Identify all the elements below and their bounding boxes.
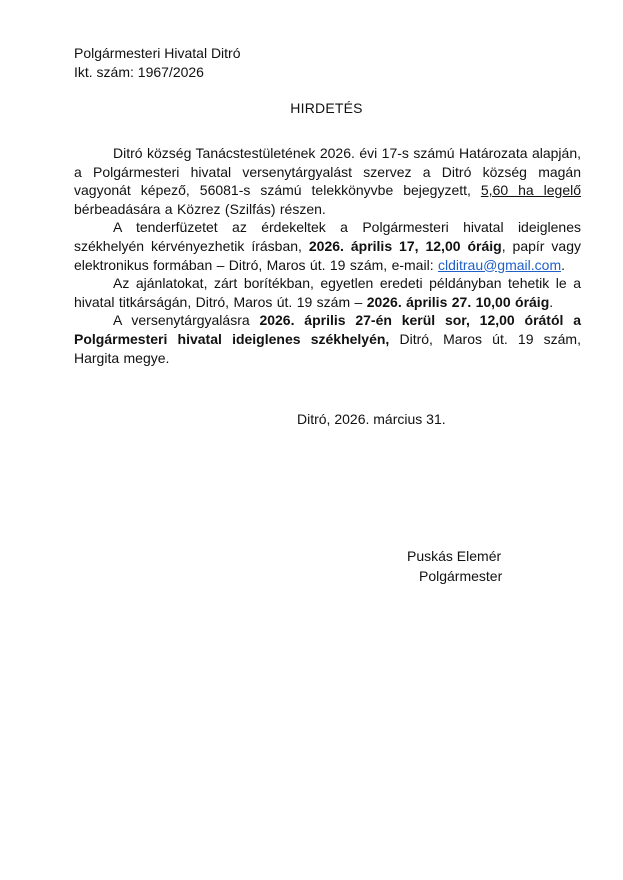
announcement-body: Ditró község Tanácstestületének 2026. év… [74,144,581,367]
office-name: Polgármesteri Hivatal Ditró [74,44,241,63]
paragraph-text: bérbeadására a Közrez (Szilfás) részen. [74,201,326,217]
paragraph-auction: A versenytárgyalásra 2026. április 27-én… [74,311,581,367]
paragraph-tender-booklet: A tenderfüzetet az érdekeltek a Polgárme… [74,218,581,274]
paragraph-offers: Az ajánlatokat, zárt borítékban, egyetle… [74,274,581,311]
land-area-underlined: 5,60 ha legelő [481,182,581,198]
place-date-line: Ditró, 2026. március 31. [297,411,446,427]
deadline-booklet: 2026. április 17, 12,00 óráig [309,238,502,254]
paragraph-text: . [561,257,565,273]
document-title: HIRDETÉS [0,100,623,116]
signatory-name: Puskás Elemér [407,548,501,564]
email-link[interactable]: clditrau@gmail.com [438,257,561,273]
paragraph-text: . [549,294,553,310]
document-header: Polgármesteri Hivatal Ditró Ikt. szám: 1… [74,44,241,82]
paragraph-decision: Ditró község Tanácstestületének 2026. év… [74,144,581,218]
registration-number: Ikt. szám: 1967/2026 [74,63,241,82]
deadline-offers: 2026. április 27. 10,00 óráig [367,294,550,310]
paragraph-text: A versenytárgyalásra [113,312,259,328]
signatory-role: Polgármester [419,568,502,584]
